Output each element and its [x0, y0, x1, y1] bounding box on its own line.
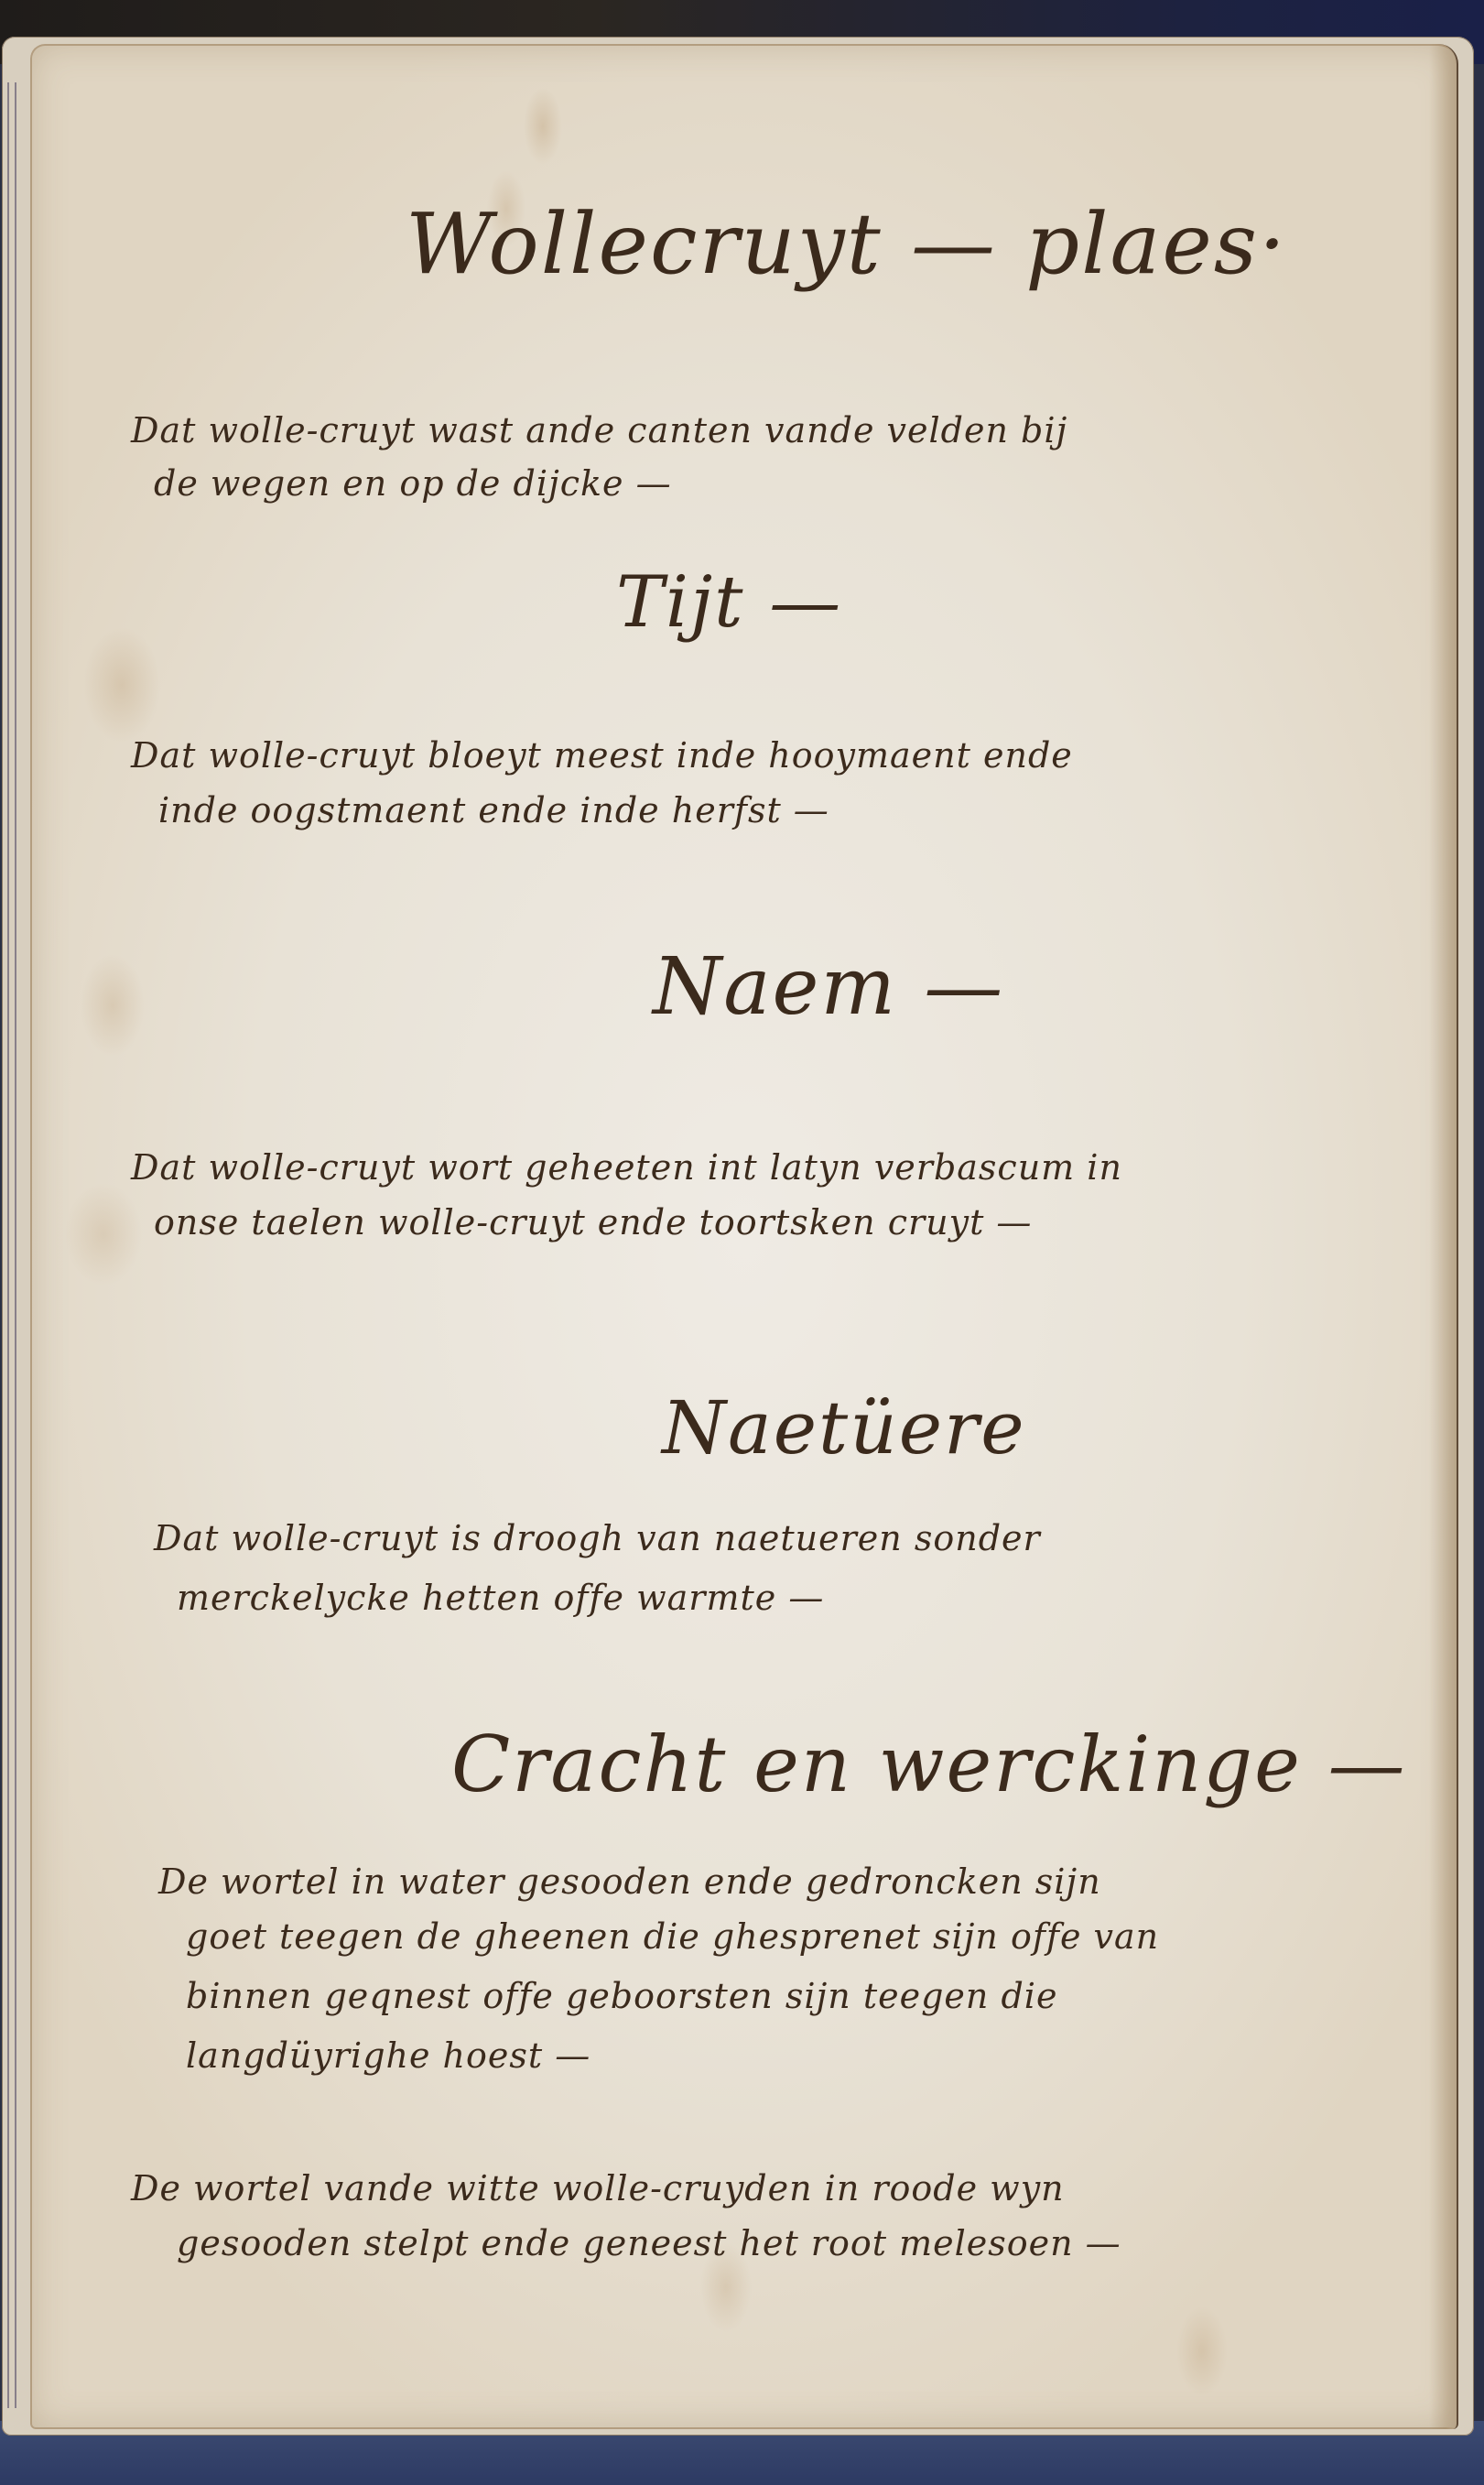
text-line: Dat wolle-cruyt bloeyt meest inde hooyma… — [131, 735, 1073, 776]
text-line: Dat wolle-cruyt wort geheeten int latyn … — [131, 1147, 1122, 1188]
section-heading-tijt: Tijt — — [616, 561, 842, 644]
leaf-edge-line — [15, 82, 16, 2408]
section-heading-naem: Naem — — [653, 941, 1004, 1033]
text-line: binnen geqnest offe geboorsten sijn teeg… — [186, 1976, 1057, 2016]
text-line: De wortel in water gesooden ende gedronc… — [158, 1861, 1101, 1902]
text-line: inde oogstmaent ende inde herfst — — [158, 790, 829, 830]
text-line: merckelycke hetten offe warmte — — [177, 1578, 824, 1618]
section-heading-cracht-en-werckinge: Cracht en werckinge — — [451, 1720, 1406, 1809]
manuscript-page: Wollecruyt — plaes· Dat wolle-cruyt wast… — [30, 44, 1458, 2429]
section-heading-plaes: Wollecruyt — plaes· — [406, 195, 1287, 293]
leaf-edge-line — [7, 82, 9, 2408]
section-heading-naetuere: Naetüere — [662, 1385, 1026, 1470]
text-line: gesooden stelpt ende geneest het root me… — [177, 2223, 1121, 2263]
page-gutter-edge — [1429, 44, 1458, 2429]
text-line: De wortel vande witte wolle-cruyden in r… — [131, 2168, 1065, 2208]
text-line: onse taelen wolle-cruyt ende toortsken c… — [154, 1202, 1032, 1242]
text-line: langdüyrighe hoest — — [186, 2035, 590, 2076]
text-line: Dat wolle-cruyt wast ande canten vande v… — [131, 410, 1067, 450]
text-line: Dat wolle-cruyt is droogh van naetueren … — [154, 1518, 1041, 1558]
text-line: goet teegen de gheenen die ghesprenet si… — [186, 1916, 1159, 1957]
text-line: de wegen en op de dijcke — — [154, 463, 672, 504]
